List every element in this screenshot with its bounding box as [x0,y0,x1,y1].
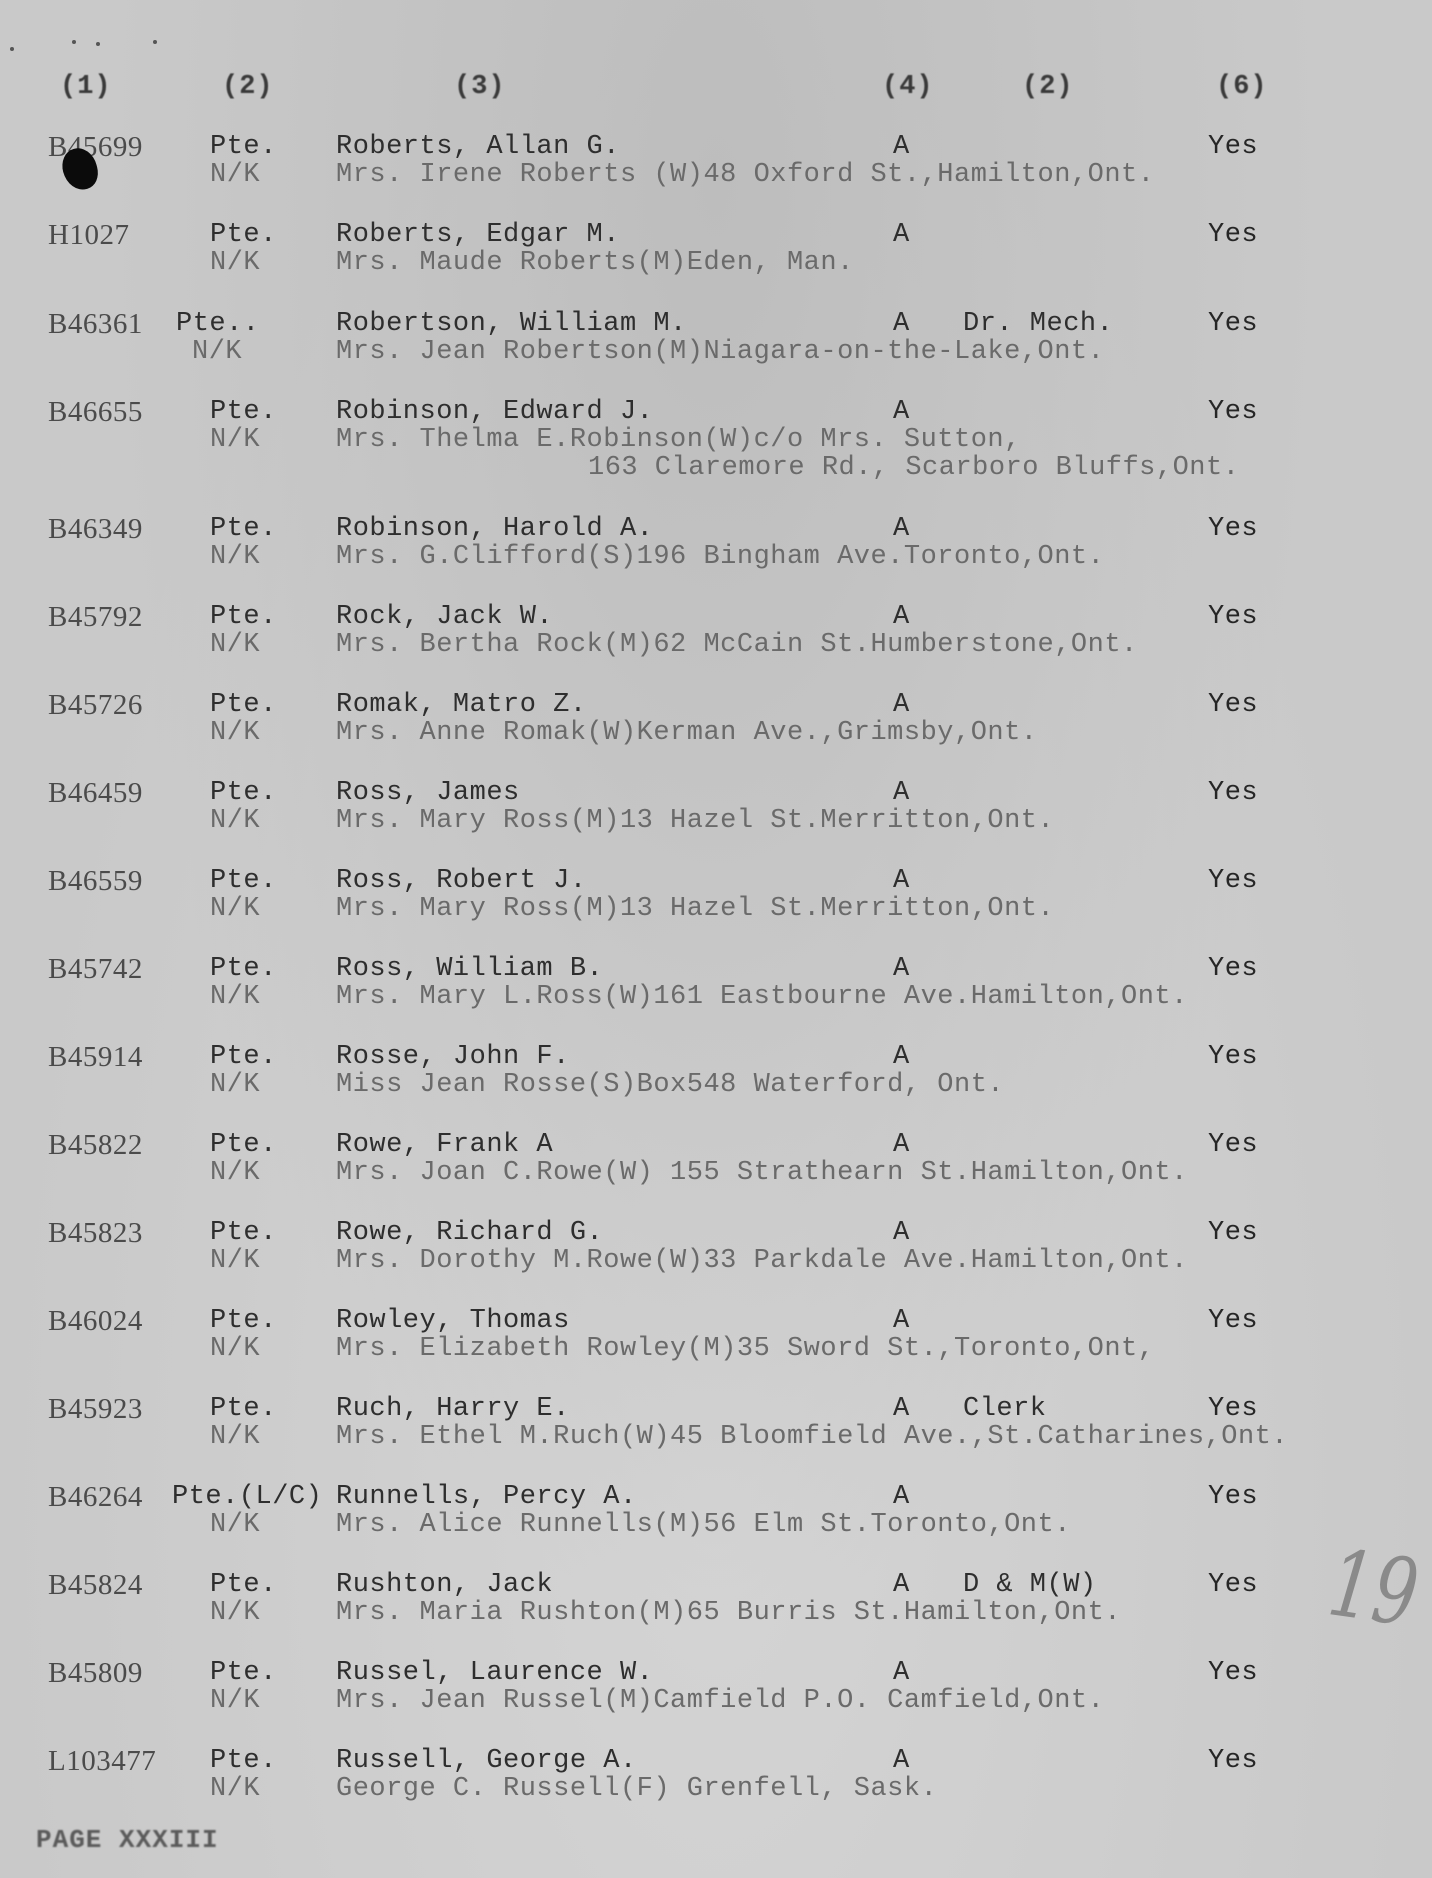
next-of-kin-label: N/K [210,542,260,572]
soldier-name: Rowe, Richard G. [336,1218,603,1248]
status-code: A [893,1746,910,1776]
soldier-name: Ruch, Harry E. [336,1394,570,1424]
service-number: B46655 [48,397,143,427]
record-entry: B46459 Pte. Ross, James A Yes N/K Mrs. M… [0,778,1432,858]
service-number: B46559 [48,866,143,896]
status-code: A [893,778,910,808]
next-of-kin: Mrs. Mary Ross(M)13 Hazel St.Merritton,O… [336,806,1054,836]
rank: Pte. [210,866,277,896]
trade: Dr. Mech. [963,309,1113,339]
next-of-kin: Mrs. Anne Romak(W)Kerman Ave.,Grimsby,On… [336,718,1038,748]
next-of-kin: Mrs. G.Clifford(S)196 Bingham Ave.Toront… [336,542,1104,572]
soldier-name: Robinson, Harold A. [336,514,653,544]
next-of-kin: Mrs. Thelma E.Robinson(W)c/o Mrs. Sutton… [336,425,1021,455]
answer: Yes [1208,1306,1258,1336]
service-number: B45726 [48,690,143,720]
rank: Pte. [210,220,277,250]
answer: Yes [1208,1482,1258,1512]
soldier-name: Roberts, Edgar M. [336,220,620,250]
status-code: A [893,690,910,720]
rank: Pte. [210,1658,277,1688]
next-of-kin-label: N/K [210,1070,260,1100]
soldier-name: Romak, Matro Z. [336,690,587,720]
record-entry: B46349 Pte. Robinson, Harold A. A Yes N/… [0,514,1432,594]
record-entry: B46361 Pte.. Robertson, William M. A Dr.… [0,309,1432,389]
next-of-kin: Mrs. Dorothy M.Rowe(W)33 Parkdale Ave.Ha… [336,1246,1188,1276]
rank: Pte. [210,778,277,808]
answer: Yes [1208,132,1258,162]
service-number: H1027 [48,220,129,250]
column-header-5: (2) [1022,72,1074,102]
status-code: A [893,1394,910,1424]
status-code: A [893,1658,910,1688]
rank: Pte. [210,397,277,427]
service-number: B45923 [48,1394,143,1424]
rank: Pte. [210,1306,277,1336]
answer: Yes [1208,1570,1258,1600]
status-code: A [893,132,910,162]
soldier-name: Ross, William B. [336,954,603,984]
soldier-name: Russell, George A. [336,1746,637,1776]
status-code: A [893,954,910,984]
record-entry: B45914 Pte. Rosse, John F. A Yes N/K Mis… [0,1042,1432,1122]
service-number: L103477 [48,1746,156,1776]
answer: Yes [1208,514,1258,544]
soldier-name: Robinson, Edward J. [336,397,653,427]
next-of-kin: Mrs. Maude Roberts(M)Eden, Man. [336,248,854,278]
handwritten-page-number: 19 [1323,1529,1425,1647]
record-entry: B45824 Pte. Rushton, Jack A D & M(W) Yes… [0,1570,1432,1650]
next-of-kin: Mrs. Bertha Rock(M)62 McCain St.Humberst… [336,630,1138,660]
next-of-kin-label: N/K [210,1510,260,1540]
service-number: B45822 [48,1130,143,1160]
rank: Pte. [210,132,277,162]
next-of-kin: Mrs. Maria Rushton(M)65 Burris St.Hamilt… [336,1598,1121,1628]
soldier-name: Rowe, Frank A [336,1130,553,1160]
rank: Pte. [210,954,277,984]
soldier-name: Ross, Robert J. [336,866,587,896]
record-entry: B45742 Pte. Ross, William B. A Yes N/K M… [0,954,1432,1034]
soldier-name: Roberts, Allan G. [336,132,620,162]
status-code: A [893,602,910,632]
next-of-kin: Miss Jean Rosse(S)Box548 Waterford, Ont. [336,1070,1004,1100]
rank: Pte.. [176,309,260,339]
rank: Pte. [210,1570,277,1600]
rank: Pte. [210,514,277,544]
rank: Pte. [210,1394,277,1424]
column-header-2: (2) [222,72,274,102]
answer: Yes [1208,1394,1258,1424]
answer: Yes [1208,1746,1258,1776]
column-header-1: (1) [60,72,112,102]
soldier-name: Rock, Jack W. [336,602,553,632]
service-number: B45699 [48,132,143,162]
service-number: B46024 [48,1306,143,1336]
status-code: A [893,1042,910,1072]
record-entry: B45792 Pte. Rock, Jack W. A Yes N/K Mrs.… [0,602,1432,682]
service-number: B45742 [48,954,143,984]
answer: Yes [1208,778,1258,808]
column-header-4: (4) [882,72,934,102]
record-entry: B45923 Pte. Ruch, Harry E. A Clerk Yes N… [0,1394,1432,1474]
answer: Yes [1208,602,1258,632]
column-header-6: (6) [1216,72,1268,102]
answer: Yes [1208,220,1258,250]
service-number: B46361 [48,309,143,339]
record-entry: B45809 Pte. Russel, Laurence W. A Yes N/… [0,1658,1432,1738]
rank: Pte. [210,1042,277,1072]
service-number: B46349 [48,514,143,544]
trade: Clerk [963,1394,1047,1424]
next-of-kin-label: N/K [210,806,260,836]
status-code: A [893,514,910,544]
next-of-kin-label: N/K [210,1686,260,1716]
rank: Pte. [210,1746,277,1776]
service-number: B46264 [48,1482,143,1512]
rank: Pte.(L/C) [172,1482,322,1512]
next-of-kin-label: N/K [210,718,260,748]
next-of-kin-label: N/K [210,982,260,1012]
page-footer: PAGE XXXIII [36,1825,219,1855]
status-code: A [893,1570,910,1600]
status-code: A [893,1130,910,1160]
record-entry: B45726 Pte. Romak, Matro Z. A Yes N/K Mr… [0,690,1432,770]
answer: Yes [1208,1658,1258,1688]
answer: Yes [1208,309,1258,339]
next-of-kin: Mrs. Irene Roberts (W)48 Oxford St.,Hami… [336,160,1154,190]
record-entry: H1027 Pte. Roberts, Edgar M. A Yes N/K M… [0,220,1432,300]
next-of-kin-label: N/K [210,160,260,190]
answer: Yes [1208,397,1258,427]
soldier-name: Rosse, John F. [336,1042,570,1072]
record-entry: B46024 Pte. Rowley, Thomas A Yes N/K Mrs… [0,1306,1432,1386]
service-number: B45914 [48,1042,143,1072]
status-code: A [893,1482,910,1512]
record-entry: B46264 Pte.(L/C) Runnells, Percy A. A Ye… [0,1482,1432,1562]
answer: Yes [1208,1130,1258,1160]
next-of-kin-label: N/K [210,894,260,924]
status-code: A [893,397,910,427]
soldier-name: Runnells, Percy A. [336,1482,637,1512]
answer: Yes [1208,1042,1258,1072]
service-number: B46459 [48,778,143,808]
next-of-kin-label: N/K [210,248,260,278]
status-code: A [893,1218,910,1248]
service-number: B45809 [48,1658,143,1688]
answer: Yes [1208,1218,1258,1248]
service-number: B45824 [48,1570,143,1600]
status-code: A [893,866,910,896]
record-entry: B46559 Pte. Ross, Robert J. A Yes N/K Mr… [0,866,1432,946]
status-code: A [893,1306,910,1336]
answer: Yes [1208,690,1258,720]
next-of-kin-label: N/K [210,425,260,455]
next-of-kin: Mrs. Jean Russel(M)Camfield P.O. Camfiel… [336,1686,1104,1716]
soldier-name: Rushton, Jack [336,1570,553,1600]
record-entry: B45822 Pte. Rowe, Frank A A Yes N/K Mrs.… [0,1130,1432,1210]
service-number: B45823 [48,1218,143,1248]
status-code: A [893,220,910,250]
next-of-kin: George C. Russell(F) Grenfell, Sask. [336,1774,937,1804]
next-of-kin: Mrs. Mary Ross(M)13 Hazel St.Merritton,O… [336,894,1054,924]
next-of-kin-label: N/K [192,337,242,367]
soldier-name: Robertson, William M. [336,309,687,339]
next-of-kin: Mrs. Ethel M.Ruch(W)45 Bloomfield Ave.,S… [336,1422,1288,1452]
next-of-kin-label: N/K [210,1158,260,1188]
soldier-name: Rowley, Thomas [336,1306,570,1336]
next-of-kin: Mrs. Elizabeth Rowley(M)35 Sword St.,Tor… [336,1334,1154,1364]
trade: D & M(W) [963,1570,1097,1600]
column-header-3: (3) [454,72,506,102]
rank: Pte. [210,1218,277,1248]
next-of-kin: Mrs. Mary L.Ross(W)161 Eastbourne Ave.Ha… [336,982,1188,1012]
next-of-kin-label: N/K [210,1334,260,1364]
record-entry: B46655 Pte. Robinson, Edward J. A Yes N/… [0,397,1432,477]
next-of-kin-label: N/K [210,630,260,660]
next-of-kin-label: N/K [210,1246,260,1276]
next-of-kin-label: N/K [210,1422,260,1452]
next-of-kin-label: N/K [210,1774,260,1804]
next-of-kin-label: N/K [210,1598,260,1628]
soldier-name: Russel, Laurence W. [336,1658,653,1688]
next-of-kin: Mrs. Alice Runnells(M)56 Elm St.Toronto,… [336,1510,1071,1540]
answer: Yes [1208,866,1258,896]
status-code: A [893,309,910,339]
next-of-kin-continued: 163 Claremore Rd., Scarboro Bluffs,Ont. [588,453,1239,483]
document-page: (1) (2) (3) (4) (2) (6) B45699 Pte. Robe… [0,0,1432,1878]
rank: Pte. [210,690,277,720]
record-entry: B45823 Pte. Rowe, Richard G. A Yes N/K M… [0,1218,1432,1298]
record-entry: B45699 Pte. Roberts, Allan G. A Yes N/K … [0,132,1432,212]
soldier-name: Ross, James [336,778,520,808]
answer: Yes [1208,954,1258,984]
record-entry: L103477 Pte. Russell, George A. A Yes N/… [0,1746,1432,1826]
rank: Pte. [210,1130,277,1160]
rank: Pte. [210,602,277,632]
next-of-kin: Mrs. Joan C.Rowe(W) 155 Strathearn St.Ha… [336,1158,1188,1188]
next-of-kin: Mrs. Jean Robertson(M)Niagara-on-the-Lak… [336,337,1104,367]
service-number: B45792 [48,602,143,632]
